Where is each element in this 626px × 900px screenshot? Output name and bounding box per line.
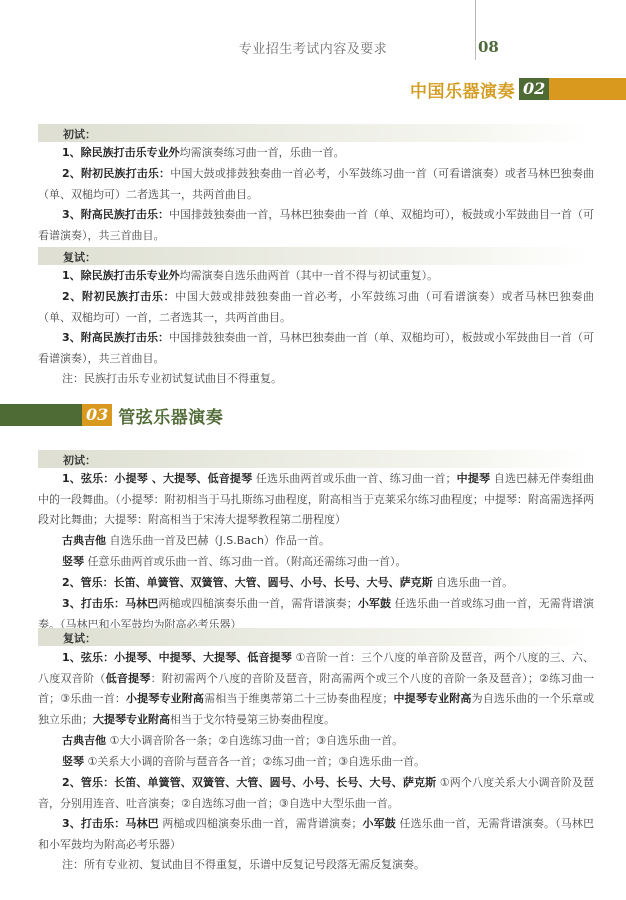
s3-prelim-winds: 2、管乐：长笛、单簧管、双簧管、大管、圆号、小号、长号、大号、萨克斯 自选乐曲一… — [38, 573, 594, 594]
s3-retest-winds: 2、管乐：长笛、单簧管、双簧管、大管、圆号、小号、长号、大号、萨克斯 ①两个八度… — [38, 773, 594, 814]
s3-prelim-guitar: 古典吉他 自选乐曲一首及巴赫（J.S.Bach）作品一首。 — [38, 531, 594, 552]
page-number: 08 — [478, 38, 499, 56]
retest-label: 复试： — [63, 630, 96, 646]
section-03-heading: 03 管弦乐器演奏 — [0, 404, 223, 426]
s3-note: 注：所有专业初、复试曲目不得重复，乐谱中反复记号段落无需反复演奏。 — [38, 855, 594, 876]
section-bar — [549, 78, 626, 100]
section-number: 02 — [519, 78, 549, 100]
preliminary-label: 初试： — [63, 452, 96, 468]
section-number: 03 — [82, 404, 112, 426]
s3-retest-harp: 竖琴 ①关系大小调的音阶与琶音各一首；②练习曲一首；③自选乐曲一首。 — [38, 752, 594, 773]
preliminary-band: 初试： — [38, 450, 588, 468]
preliminary-label: 初试： — [63, 126, 96, 142]
s3-retest-percussion: 3、打击乐：马林巴 两槌或四槌演奏乐曲一首，需背谱演奏；小军鼓 任选乐曲一首，无… — [38, 814, 594, 855]
section-02-heading: 中国乐器演奏 02 — [410, 78, 626, 100]
s3-retest-guitar: 古典吉他 ①大小调音阶各一条；②自选练习曲一首；③自选乐曲一首。 — [38, 731, 594, 752]
s2-retest-item-1: 1、除民族打击乐专业外均需演奏自选乐曲两首（其中一首不得与初试重复）。 — [38, 266, 594, 287]
s2-prelim-item-1: 1、除民族打击乐专业外均需演奏练习曲一首，乐曲一首。 — [38, 143, 594, 164]
header-divider — [475, 0, 476, 60]
s2-prelim-item-2: 2、附初民族打击乐：中国大鼓或排鼓独奏曲一首必考，小军鼓练习曲一首（可看谱演奏）… — [38, 164, 594, 205]
s3-prelim-harp: 竖琴 任意乐曲两首或乐曲一首、练习曲一首。（附高还需练习曲一首）。 — [38, 552, 594, 573]
s2-note: 注：民族打击乐专业初试复试曲目不得重复。 — [38, 369, 594, 390]
section-title: 中国乐器演奏 — [410, 77, 515, 102]
retest-band: 复试： — [38, 628, 588, 646]
s2-retest-item-2: 2、附初民族打击乐：中国大鼓或排鼓独奏曲一首必考，小军鼓练习曲（可看谱演奏）或者… — [38, 287, 594, 328]
s3-prelim-strings: 1、弦乐：小提琴 、大提琴、低音提琴 任选乐曲两首或乐曲一首、练习曲一首；中提琴… — [38, 469, 594, 531]
retest-band: 复试： — [38, 247, 588, 265]
section-title: 管弦乐器演奏 — [118, 403, 223, 428]
s3-retest-strings: 1、弦乐：小提琴、中提琴、大提琴、低音提琴 ①音阶一首：三个八度的单音阶及琶音，… — [38, 648, 594, 730]
s2-retest-item-3: 3、附高民族打击乐：中国排鼓独奏曲一首，马林巴独奏曲一首（单、双槌均可），板鼓或… — [38, 328, 594, 369]
s2-prelim-item-3: 3、附高民族打击乐：中国排鼓独奏曲一首，马林巴独奏曲一首（单、双槌均可），板鼓或… — [38, 205, 594, 246]
header-title: 专业招生考试内容及要求 — [0, 38, 626, 57]
preliminary-band: 初试： — [38, 124, 588, 142]
section-bar — [0, 404, 82, 426]
retest-label: 复试： — [63, 249, 96, 265]
